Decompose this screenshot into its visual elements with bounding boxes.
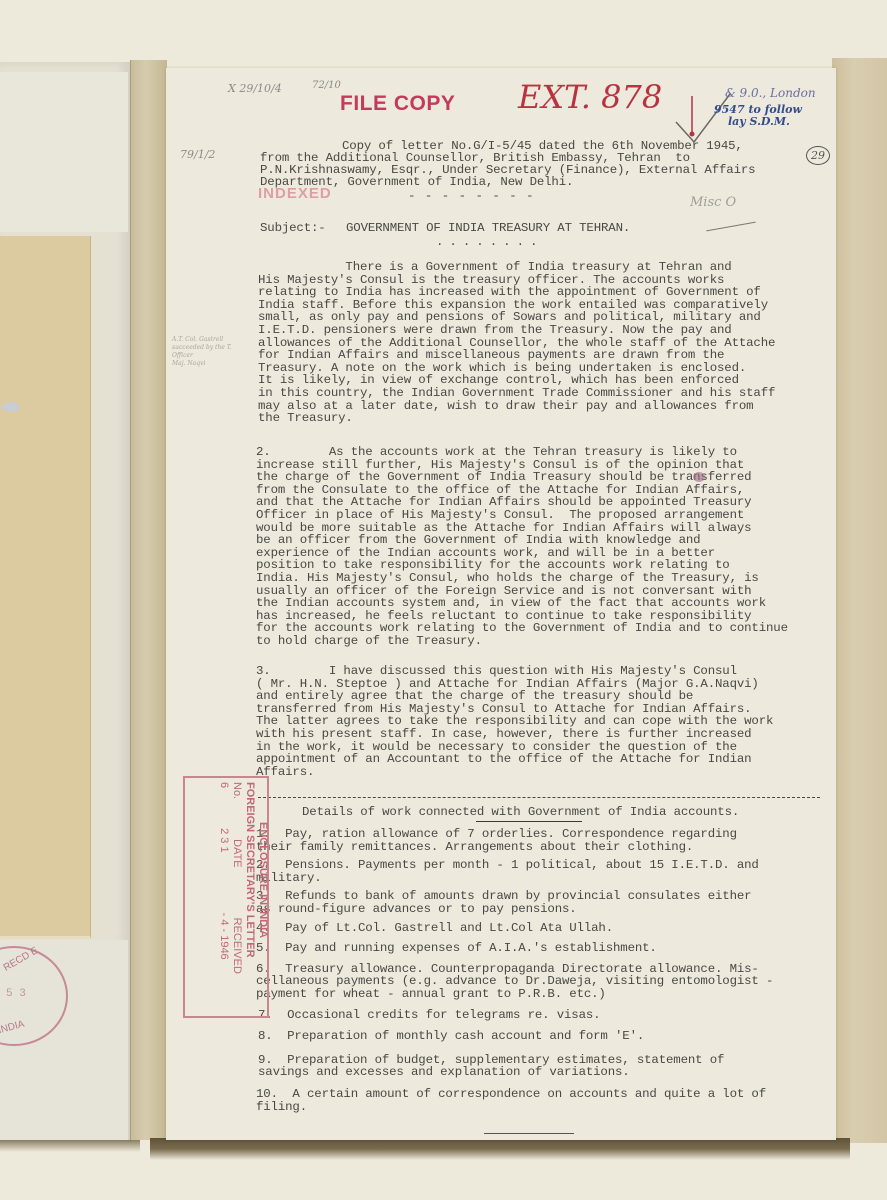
p2-line: be an officer from the Government of Ind…	[256, 534, 788, 547]
file-copy-stamp: FILE COPY	[340, 92, 455, 116]
p2-line: Officer in place of His Majesty's Consul…	[256, 509, 788, 522]
details-item-3: 3. Refunds to bank of amounts drawn by p…	[256, 890, 773, 915]
p3-line: Affairs.	[256, 766, 773, 779]
handwritten-date-2: 72/10	[312, 80, 341, 91]
enclosure-line-1: ENCLOSURE IN INDIA	[256, 782, 269, 1022]
heading-underline	[476, 821, 582, 822]
closing-rule	[484, 1133, 574, 1134]
handwritten-misc: Misc O	[690, 195, 736, 210]
ext-number-stamp: EXT. 878	[518, 78, 662, 116]
handwritten-routing: & 9.0., London	[725, 86, 816, 100]
p1-line: the Treasury.	[258, 412, 775, 425]
enclosure-date-label: DATE	[231, 839, 243, 868]
punch-hole	[2, 402, 20, 412]
p1-line: I.E.T.D. pensioners were drawn from the …	[258, 324, 775, 337]
page-shadow	[150, 1138, 850, 1160]
enclosure-line-4: 62 3 1- 4 - 1946	[217, 782, 230, 1022]
p2-line: the charge of the Government of India Tr…	[256, 471, 788, 484]
p2-line: India. His Majesty's Consul, who holds t…	[256, 572, 788, 585]
left-tan-paper	[0, 236, 91, 939]
follow-note-line-2: lay S.D.M.	[714, 115, 790, 128]
details-item-2: 2. Pensions. Payments per month - 1 poli…	[256, 859, 773, 884]
details-item-line: 1. Pay, ration allowance of 7 orderlies.…	[256, 828, 773, 841]
paragraph-1: There is a Government of India treasury …	[258, 261, 775, 425]
enclosure-no-value: 6	[218, 782, 230, 788]
enclosure-received-label: RECEIVED	[231, 918, 243, 974]
details-item-6: 6. Treasury allowance. Counterpropaganda…	[256, 963, 773, 1001]
oval-stamp-middle-text: 5 3	[6, 988, 26, 1000]
header-separator: - - - - - - - -	[408, 190, 535, 203]
details-item-1: 1. Pay, ration allowance of 7 orderlies.…	[256, 828, 773, 853]
details-item-line: 7. Occasional credits for telegrams re. …	[258, 1009, 773, 1022]
folio-number: 29	[806, 146, 830, 165]
handwritten-follow-note: 9547 to followlay S.D.M.	[714, 104, 802, 128]
details-item-8: 8. Preparation of monthly cash account a…	[256, 1030, 773, 1043]
details-list: 1. Pay, ration allowance of 7 orderlies.…	[256, 828, 773, 1113]
details-item-line: 4. Pay of Lt.Col. Gastrell and Lt.Col At…	[256, 922, 773, 935]
enclosure-no-label: No.	[231, 782, 243, 799]
details-item-line: 2. Pensions. Payments per month - 1 poli…	[256, 859, 773, 872]
page-shadow-left	[0, 1140, 140, 1152]
handwritten-margin-number: 79/1/2	[180, 148, 215, 161]
p2-line: to hold charge of the Treasury.	[256, 635, 788, 648]
p3-line: appointment of an Accountant to the offi…	[256, 753, 773, 766]
details-item-line: 8. Preparation of monthly cash account a…	[258, 1030, 773, 1043]
subject-dots: ........	[436, 236, 544, 249]
details-item-7: 7. Occasional credits for telegrams re. …	[256, 1009, 773, 1022]
right-folder-edge	[832, 58, 887, 1143]
binding-spine	[130, 60, 167, 1140]
p1-line: There is a Government of India treasury …	[258, 261, 775, 274]
details-item-line: 5. Pay and running expenses of A.I.A.'s …	[256, 942, 773, 955]
details-item-4: 4. Pay of Lt.Col. Gastrell and Lt.Col At…	[256, 922, 773, 935]
subject-text: GOVERNMENT OF INDIA TREASURY AT TEHRAN.	[346, 222, 630, 235]
p3-line: and entirely agree that the charge of th…	[256, 690, 773, 703]
details-item-line: filing.	[256, 1101, 773, 1114]
details-item-5: 5. Pay and running expenses of A.I.A.'s …	[256, 942, 773, 955]
enclosure-received-value: - 4 - 1946	[218, 913, 230, 960]
section-divider	[258, 797, 820, 798]
p2-line: 2. As the accounts work at the Tehran tr…	[256, 446, 788, 459]
details-item-9: 9. Preparation of budget, supplementary …	[256, 1054, 773, 1079]
subject-label: Subject:-	[260, 222, 326, 235]
enclosure-date-value: 2 3 1	[218, 828, 230, 852]
details-item-line: military.	[256, 872, 773, 885]
handwritten-date-1: X 29/10/4	[228, 82, 282, 95]
details-heading: Details of work connected with Governmen…	[302, 806, 739, 819]
p1-line: relating to India has increased with the…	[258, 286, 775, 299]
details-item-line: their family remittances. Arrangements a…	[256, 841, 773, 854]
enclosure-stamp: ENCLOSURE IN INDIA FOREIGN SECRETARY'S L…	[183, 776, 269, 1018]
ink-blot	[693, 472, 705, 482]
p1-line: in this country, the Indian Government T…	[258, 387, 775, 400]
p2-line: the Indian accounts system and, in view …	[256, 597, 788, 610]
enclosure-stamp-text: ENCLOSURE IN INDIA FOREIGN SECRETARY'S L…	[197, 782, 269, 1022]
p3-line: 3. I have discussed this question with H…	[256, 665, 773, 678]
left-paper-sheet	[0, 72, 128, 232]
paragraph-2: 2. As the accounts work at the Tehran tr…	[256, 446, 788, 648]
p3-line: with his present staff. In case, however…	[256, 728, 773, 741]
enclosure-line-2: FOREIGN SECRETARY'S LETTER	[243, 782, 256, 1022]
oval-stamp-bottom-text: INDIA	[0, 1019, 26, 1037]
header-line-4: Department, Government of India, New Del…	[260, 176, 573, 189]
enclosure-line-3: No.DATERECEIVED	[230, 782, 243, 1022]
details-item-10: 10. A certain amount of correspondence o…	[256, 1088, 773, 1113]
paragraph-3: 3. I have discussed this question with H…	[256, 665, 773, 778]
details-item-line: savings and excesses and explanation of …	[258, 1066, 773, 1079]
p1-line: for Indian Affairs and miscellaneous pay…	[258, 349, 775, 362]
details-item-line: payment for wheat - annual grant to P.R.…	[256, 988, 773, 1001]
oval-stamp-top-text: RECD E	[2, 945, 40, 973]
handwritten-margin-note: A.T. Col. Gastrell succeeded by the T. O…	[172, 336, 232, 368]
details-item-line: 10. A certain amount of correspondence o…	[256, 1088, 773, 1101]
details-item-line: as round-figure advances or to pay pensi…	[256, 903, 773, 916]
